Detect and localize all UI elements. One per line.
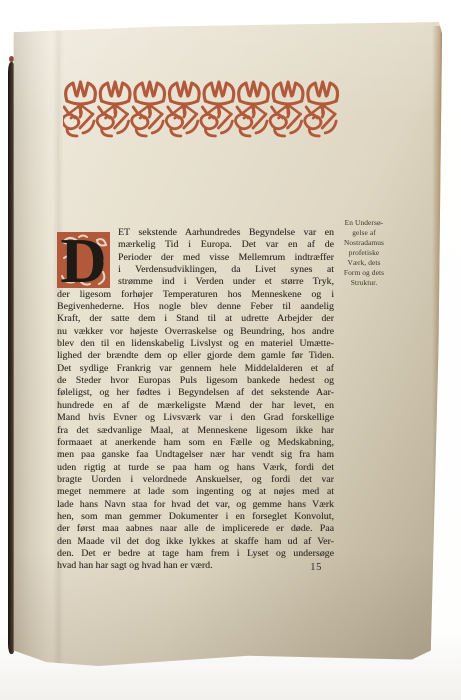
text-line: der først maa aabnes naar alle de implic… <box>57 523 334 535</box>
text-line: Det sydlige Frankrig var gennem hele Mid… <box>57 363 334 375</box>
margin-note-line: gelse af <box>333 228 395 238</box>
text-line: mærkelig Tid i Europa. Det var en af de <box>118 239 334 251</box>
text-line: føleligst, og her fødtes i Begyndelsen a… <box>57 387 334 399</box>
text-line: men paa ganske faa Undtagelser nær har v… <box>57 449 334 461</box>
margin-note-line: Struktur. <box>333 278 395 288</box>
text-line: Kraft, der satte dem i Stand til at udre… <box>57 313 334 325</box>
paragraph-last-line: hvad han har sagt og hvad han er værd. <box>57 560 334 572</box>
margin-note-line: Form og dets <box>333 268 395 278</box>
text-line: i Verdensudviklingen, da Livet synes at <box>118 264 334 276</box>
text-line: der ligesom forhøjer Temperaturen hos Me… <box>57 289 334 301</box>
body-text: D ET sekstende Aarhundredes Begyndelse v… <box>57 227 334 573</box>
text-line: nu vækker vor højeste Overraskelse og Be… <box>57 326 334 338</box>
book-photo: En Undersø-gelse afNostradamusprofetiske… <box>0 0 461 700</box>
text-line: den. Det er bedre at tage ham frem i Lys… <box>57 548 334 560</box>
text-line: hundrede en af de mærkeligste Mænd der h… <box>57 400 334 412</box>
drop-cap-letter: D <box>60 232 106 288</box>
text-line: hen, som man gemmer Dokumenter i en fors… <box>57 511 334 523</box>
margin-note-line: profetiske <box>333 248 395 258</box>
text-line: lade hans Navn staa for hvad det var, og… <box>57 499 334 511</box>
text-line: fra det sædvanlige Maal, at Menneskene l… <box>57 425 334 437</box>
paragraph-indented-lines: ET sekstende Aarhundredes Begyndelse var… <box>118 227 334 289</box>
margin-note-line: Nostradamus <box>333 238 395 248</box>
text-line: blev den til en lidenskabelig Livslyst o… <box>57 338 334 350</box>
margin-note-line: Værk, dets <box>333 258 395 268</box>
text-line: strømme ind i Verden under et større Try… <box>118 276 334 288</box>
text-line: formaaet at anerkende ham som en Fælle o… <box>57 437 334 449</box>
floral-ornament-frieze-icon <box>63 79 340 139</box>
text-line: uden rigtig at turde se paa ham og hans … <box>57 462 334 474</box>
drop-cap-initial: D <box>57 232 110 288</box>
text-line: lighed der brændte dem op eller gjorde d… <box>57 350 334 362</box>
margin-note: En Undersø-gelse afNostradamusprofetiske… <box>333 218 395 288</box>
text-line: bragte Uorden i velordnede Anskuelser, o… <box>57 474 334 486</box>
text-line: de Steder hvor Europas Puls ligesom bank… <box>57 375 334 387</box>
text-line: ET sekstende Aarhundredes Begyndelse var… <box>118 227 334 239</box>
page-number: 15 <box>296 562 322 573</box>
paragraph-full-lines: der ligesom forhøjer Temperaturen hos Me… <box>57 289 334 561</box>
text-line: den Maade vil det dog ikke lykkes at ska… <box>57 536 334 548</box>
text-line: Mand hvis Evner og Livsværk var i den Gr… <box>57 412 334 424</box>
page-content: En Undersø-gelse afNostradamusprofetiske… <box>0 0 461 700</box>
text-line: Begivenhederne. Hos nogle blev denne Feb… <box>57 301 334 313</box>
text-line: Perioder der med visse Mellemrum indtræf… <box>118 252 334 264</box>
text-line: meget nemmere at lade som ingenting og a… <box>57 486 334 498</box>
margin-note-line: En Undersø- <box>333 218 395 228</box>
